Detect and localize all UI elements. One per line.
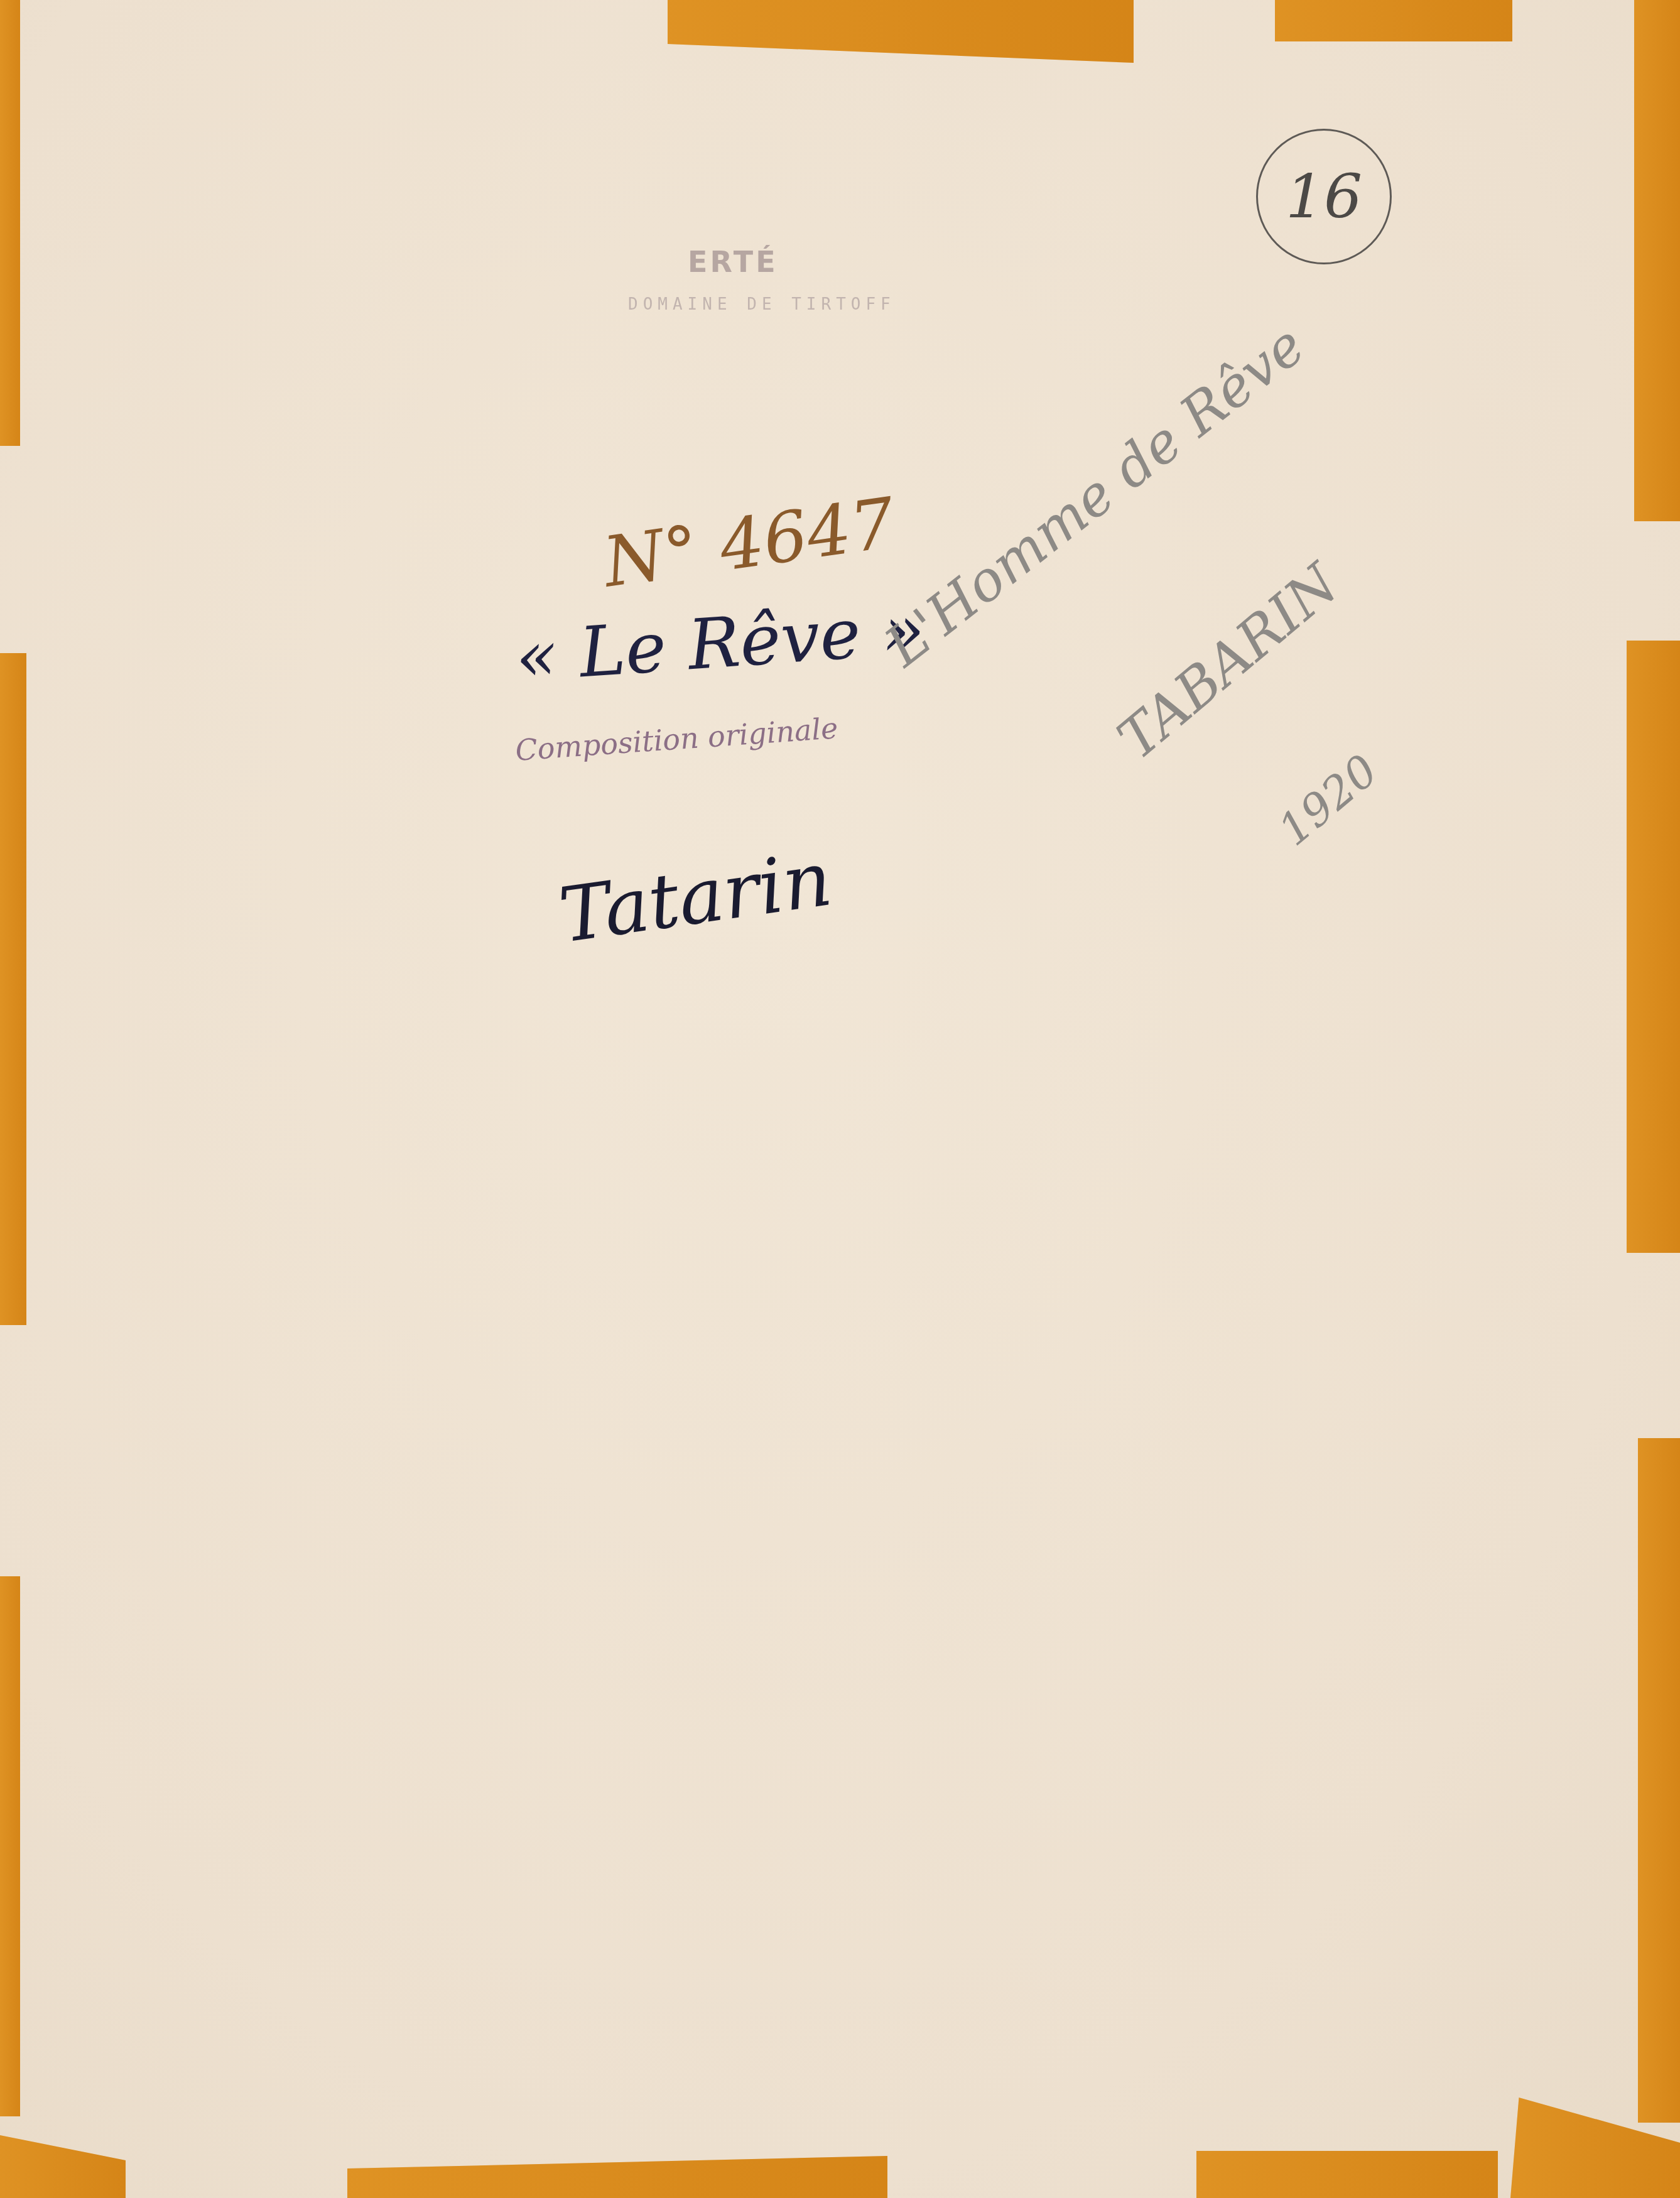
circled-number-value: 16 xyxy=(1286,161,1362,232)
tape-left-middle xyxy=(0,653,26,1325)
circled-number: 16 xyxy=(1256,129,1392,264)
erte-stamp-title: ERTÉ xyxy=(688,245,778,279)
tape-right-top xyxy=(1634,0,1680,521)
tape-left-upper xyxy=(0,0,20,446)
tape-bottom-center-right xyxy=(1196,2151,1498,2198)
tape-top-right xyxy=(1275,0,1512,41)
tape-right-lower xyxy=(1638,1438,1680,2123)
erte-stamp-subtitle: DOMAINE DE TIRTOFF xyxy=(628,295,896,314)
paper-sheet xyxy=(0,0,1680,2198)
tape-right-middle xyxy=(1627,641,1680,1253)
tape-left-lower xyxy=(0,1576,20,2116)
